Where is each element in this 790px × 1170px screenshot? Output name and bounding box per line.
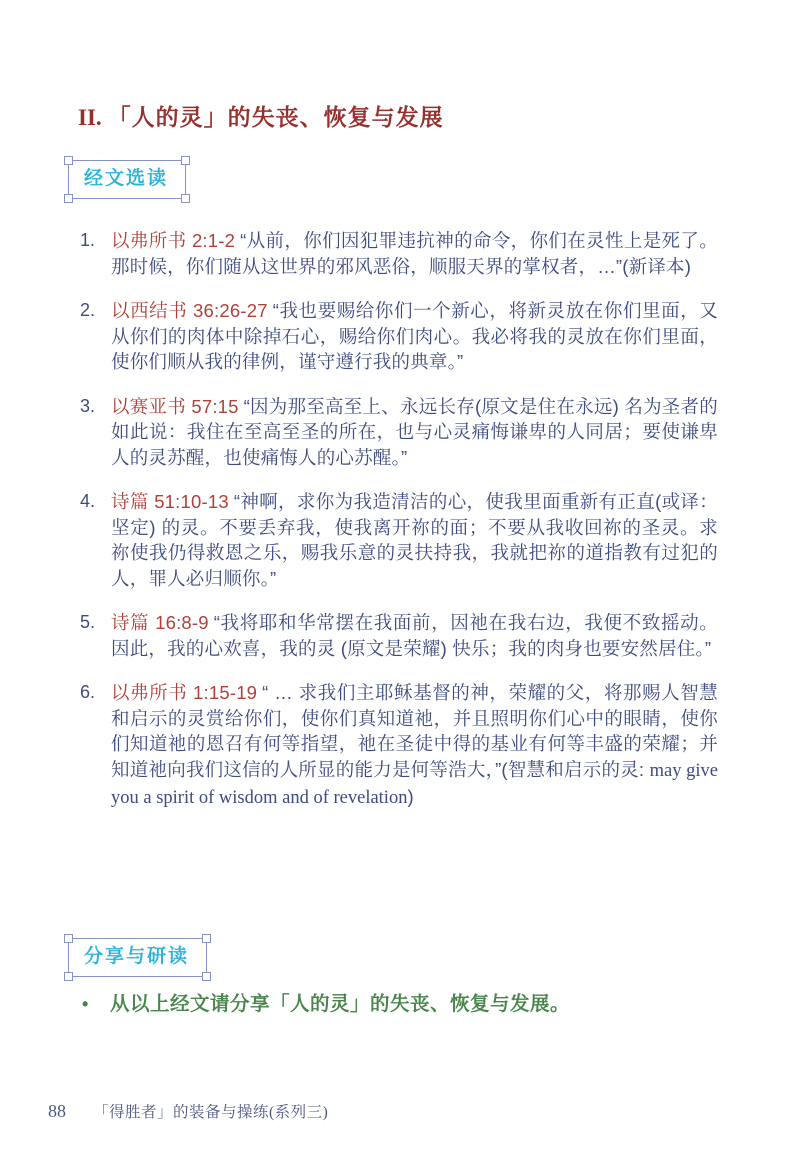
frame-corner-icon [64, 934, 73, 943]
scripture-section-label: 经文选读 [68, 160, 186, 199]
list-number: 2. [80, 298, 111, 375]
scripture-text: 以弗所书 2:1-2“从前，你们因犯罪违抗神的命令，你们在灵性上是死了。那时候，… [111, 228, 718, 279]
book-title: 「得胜者」的装备与操练(系列三) [93, 1100, 328, 1122]
scripture-ref: 诗篇 51:10-13 [111, 491, 229, 512]
frame-corner-icon [64, 156, 73, 165]
scripture-quote-close: ) [407, 786, 413, 807]
page-title: II.「人的灵」的失丧、恢复与发展 [78, 102, 444, 133]
list-number: 3. [80, 394, 111, 471]
frame-corner-icon [181, 194, 190, 203]
section-numeral: II. [78, 105, 102, 130]
scripture-list: 1. 以弗所书 2:1-2“从前，你们因犯罪违抗神的命令，你们在灵性上是死了。那… [80, 228, 718, 831]
scripture-label-text: 经文选读 [84, 168, 168, 189]
frame-corner-icon [181, 156, 190, 165]
scripture-item: 6. 以弗所书 1:15-19“ … 求我们主耶稣基督的神，荣耀的父，将那赐人智… [80, 680, 718, 812]
scripture-text: 以赛亚书 57:15“因为那至高至上、永远长存(原文是住在永远) 名为圣者的如此… [111, 394, 718, 471]
scripture-item: 3. 以赛亚书 57:15“因为那至高至上、永远长存(原文是住在永远) 名为圣者… [80, 394, 718, 471]
scripture-ref: 诗篇 16:8-9 [111, 612, 209, 633]
scripture-ref: 以赛亚书 57:15 [111, 396, 239, 417]
scripture-item: 2. 以西结书 36:26-27“我也要赐给你们一个新心，将新灵放在你们里面，又… [80, 298, 718, 375]
document-page: II.「人的灵」的失丧、恢复与发展 经文选读 1. 以弗所书 2:1-2“从前，… [0, 0, 790, 1170]
discussion-label-text: 分享与研读 [84, 946, 189, 967]
discussion-bullet-item: • 从以上经文请分享「人的灵」的失丧、恢复与发展。 [82, 990, 722, 1018]
scripture-ref: 以弗所书 2:1-2 [111, 230, 235, 251]
scripture-item: 5. 诗篇 16:8-9“我将耶和华常摆在我面前，因祂在我右边，我便不致摇动。因… [80, 610, 718, 661]
scripture-item: 4. 诗篇 51:10-13“神啊，求你为我造清洁的心，使我里面重新有正直(或译… [80, 489, 718, 591]
page-number: 88 [48, 1101, 66, 1122]
list-number: 1. [80, 228, 111, 279]
scripture-ref: 以弗所书 1:15-19 [111, 682, 257, 703]
list-number: 6. [80, 680, 111, 812]
frame-corner-icon [64, 194, 73, 203]
page-footer: 88 「得胜者」的装备与操练(系列三) [48, 1100, 748, 1122]
discussion-question: 从以上经文请分享「人的灵」的失丧、恢复与发展。 [110, 990, 570, 1018]
scripture-text: 以弗所书 1:15-19“ … 求我们主耶稣基督的神，荣耀的父，将那赐人智慧和启… [111, 680, 718, 812]
discussion-section-label: 分享与研读 [68, 938, 207, 977]
frame-corner-icon [202, 934, 211, 943]
frame-corner-icon [64, 972, 73, 981]
bullet-icon: • [82, 990, 110, 1018]
scripture-ref: 以西结书 36:26-27 [111, 300, 268, 321]
scripture-text: 诗篇 16:8-9“我将耶和华常摆在我面前，因祂在我右边，我便不致摇动。因此，我… [111, 610, 718, 661]
scripture-item: 1. 以弗所书 2:1-2“从前，你们因犯罪违抗神的命令，你们在灵性上是死了。那… [80, 228, 718, 279]
list-number: 5. [80, 610, 111, 661]
scripture-text: 以西结书 36:26-27“我也要赐给你们一个新心，将新灵放在你们里面，又从你们… [111, 298, 718, 375]
frame-corner-icon [202, 972, 211, 981]
list-number: 4. [80, 489, 111, 591]
section-title-text: 「人的灵」的失丧、恢复与发展 [108, 104, 444, 130]
scripture-text: 诗篇 51:10-13“神啊，求你为我造清洁的心，使我里面重新有正直(或译：坚定… [111, 489, 718, 591]
